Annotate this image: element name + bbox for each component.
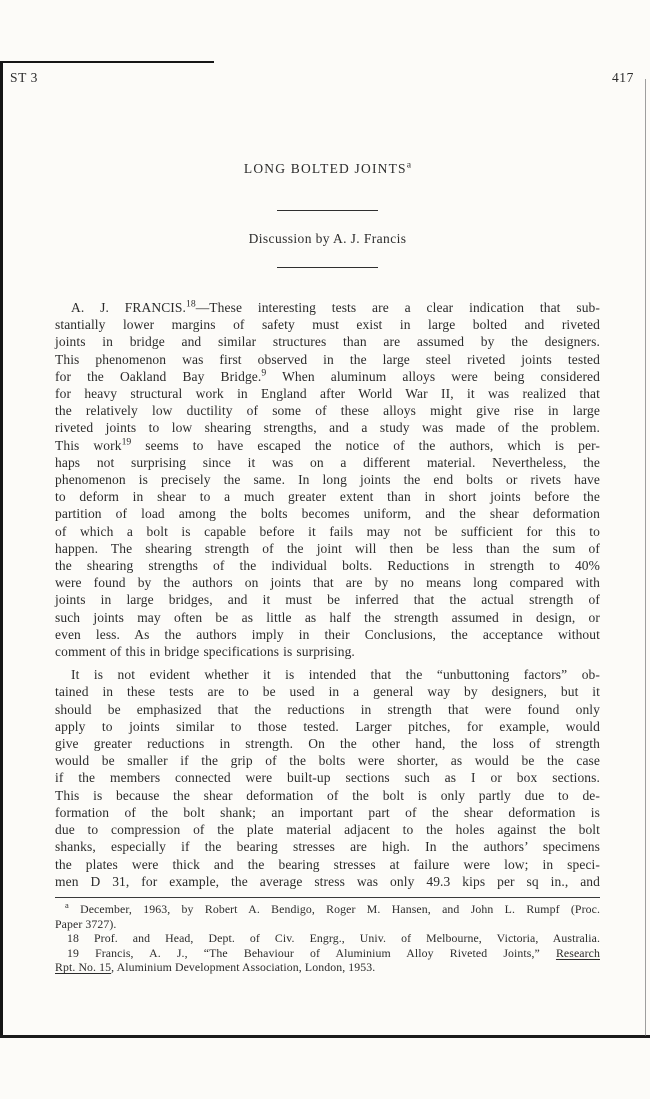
page-title: LONG BOLTED JOINTSa — [55, 161, 600, 177]
paragraph-1: A. J. FRANCIS.18—These interesting tests… — [55, 299, 600, 660]
running-header: ST 3 417 — [10, 70, 634, 86]
text-line: stantially lower margins of safety must … — [55, 316, 600, 333]
text-line: apply to joints similar to those tested.… — [55, 718, 600, 735]
text-line: happen. The shearing strength of the joi… — [55, 540, 600, 557]
text-line: Paper 3727). — [55, 917, 600, 932]
divider-rule-top — [277, 210, 378, 211]
text-line: should be emphasized that the reductions… — [55, 701, 600, 718]
text-line: haps not surprising since it was on a di… — [55, 454, 600, 471]
text-line: to deform in shear to a much greater ext… — [55, 488, 600, 505]
text-line: riveted joints to low shearing strengths… — [55, 419, 600, 436]
text-line: such joints may often be as little as ha… — [55, 609, 600, 626]
text-line: due to compression of the plate material… — [55, 821, 600, 838]
scan-edge-top — [0, 61, 214, 63]
scan-edge-left — [0, 62, 3, 1038]
text-line: for the Oakland Bay Bridge.9 When alumin… — [55, 368, 600, 385]
text-line: shanks, especially if the bearing stress… — [55, 838, 600, 855]
scan-edge-right — [645, 79, 646, 1036]
text-line: joints in large bridges, and it must be … — [55, 591, 600, 608]
text-line: 18 Prof. and Head, Dept. of Civ. Engrg.,… — [55, 931, 600, 946]
text-line: 19 Francis, A. J., “The Behaviour of Alu… — [55, 946, 600, 961]
text-line: give greater reductions in strength. On … — [55, 735, 600, 752]
text-line: partition of load among the bolts become… — [55, 505, 600, 522]
footnote-19: 19 Francis, A. J., “The Behaviour of Alu… — [55, 946, 600, 975]
text-line: were found by the authors on joints that… — [55, 574, 600, 591]
page-number: 417 — [612, 70, 634, 86]
footnotes: a December, 1963, by Robert A. Bendigo, … — [55, 902, 600, 975]
scanned-journal-page: ST 3 417 LONG BOLTED JOINTSa Discussion … — [0, 0, 650, 1099]
text-line: the plates were thick and the bearing st… — [55, 856, 600, 873]
footnote-rule — [55, 897, 600, 898]
text-line: even less. As the authors imply in their… — [55, 626, 600, 643]
text-line: This is because the shear deformation of… — [55, 787, 600, 804]
text-line: This work19 seems to have escaped the no… — [55, 437, 600, 454]
text-line: if the members connected were built-up s… — [55, 769, 600, 786]
text-line: for heavy structural work in England aft… — [55, 385, 600, 402]
journal-section-code: ST 3 — [10, 70, 38, 86]
text-line: It is not evident whether it is intended… — [55, 666, 600, 683]
text-line: comment of this in bridge specifications… — [55, 643, 600, 660]
footnote-block: a December, 1963, by Robert A. Bendigo, … — [55, 897, 600, 975]
text-line: men D 31, for example, the average stres… — [55, 873, 600, 890]
text-line: would be smaller if the grip of the bolt… — [55, 752, 600, 769]
discussion-byline: Discussion by A. J. Francis — [55, 231, 600, 247]
text-line: joints in bridge and similar structures … — [55, 333, 600, 350]
text-line: tained in these tests are to be used in … — [55, 683, 600, 700]
text-line: phenomenon is precisely the same. In lon… — [55, 471, 600, 488]
text-line: A. J. FRANCIS.18—These interesting tests… — [55, 299, 600, 316]
text-line: the shearing strengths of the individual… — [55, 557, 600, 574]
text-line: This phenomenon was first observed in th… — [55, 351, 600, 368]
text-line: a December, 1963, by Robert A. Bendigo, … — [55, 902, 600, 917]
paragraph-2: It is not evident whether it is intended… — [55, 666, 600, 890]
text-line: of which a bolt is capable before it fai… — [55, 523, 600, 540]
text-line: formation of the bolt shank; an importan… — [55, 804, 600, 821]
scan-edge-bottom — [0, 1035, 650, 1038]
footnote-a: a December, 1963, by Robert A. Bendigo, … — [55, 902, 600, 931]
divider-rule-bottom — [277, 267, 378, 268]
body-text: A. J. FRANCIS.18—These interesting tests… — [55, 299, 600, 890]
footnote-18: 18 Prof. and Head, Dept. of Civ. Engrg.,… — [55, 931, 600, 946]
text-line: Rpt. No. 15, Aluminium Development Assoc… — [55, 960, 600, 975]
text-line: the relatively low ductility of some of … — [55, 402, 600, 419]
